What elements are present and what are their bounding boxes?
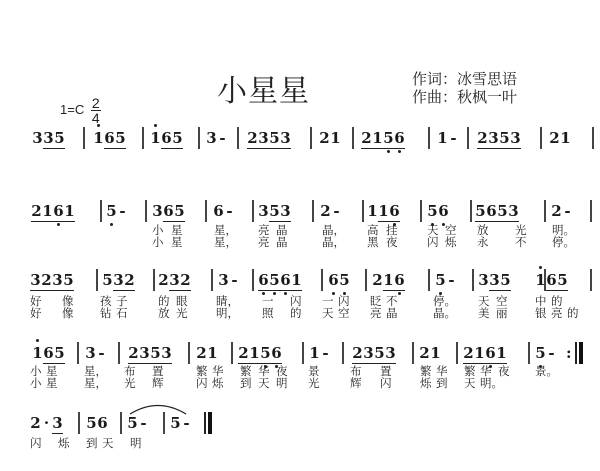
note: 3 bbox=[478, 270, 489, 290]
measure: 2156 bbox=[361, 128, 405, 148]
bar-line bbox=[237, 127, 239, 149]
final-bar-thin bbox=[204, 412, 206, 434]
beam-group: 61 bbox=[485, 343, 507, 363]
note: 6 bbox=[280, 270, 291, 290]
beam-group: 32 bbox=[113, 270, 135, 290]
note: 2 bbox=[30, 413, 41, 433]
note: 6 bbox=[213, 201, 224, 221]
note: 6 bbox=[394, 270, 405, 290]
measure: 1- bbox=[437, 128, 459, 148]
measure: 2353 bbox=[128, 343, 172, 363]
measure: 3235 bbox=[30, 270, 74, 290]
note: 6 bbox=[328, 270, 339, 290]
bar-line bbox=[120, 412, 122, 434]
measure: 2161 bbox=[463, 343, 507, 363]
beam-group: 35 bbox=[489, 270, 511, 290]
beam-group: 3 bbox=[52, 413, 63, 433]
note: 5 bbox=[374, 343, 385, 363]
lyric-char: 闪 bbox=[196, 377, 208, 389]
bar-line bbox=[472, 269, 474, 291]
note: 2 bbox=[361, 128, 372, 148]
bar-line bbox=[544, 269, 546, 291]
lyric-char: 星 bbox=[171, 236, 183, 248]
notation-row: 21615-3656-3532-1165656532- bbox=[0, 201, 600, 225]
bar-line bbox=[467, 127, 469, 149]
bar-line bbox=[310, 127, 312, 149]
note: 2 bbox=[128, 343, 139, 363]
beam-group: 16 bbox=[383, 270, 405, 290]
note: 6 bbox=[438, 201, 449, 221]
beam-group: 56 bbox=[383, 128, 405, 148]
measure: 5- bbox=[127, 413, 149, 433]
dash: - bbox=[546, 343, 557, 363]
beam-group: 23 bbox=[128, 343, 150, 363]
note: 3 bbox=[280, 128, 291, 148]
lyric-char: 银 bbox=[535, 307, 547, 319]
lyric-char: 永 bbox=[477, 236, 489, 248]
lyric-char: 烁 bbox=[212, 377, 224, 389]
measure: 5- bbox=[170, 413, 192, 433]
bar-line bbox=[592, 127, 594, 149]
note: 1 bbox=[330, 128, 341, 148]
dash: - bbox=[320, 343, 331, 363]
measure: 2161 bbox=[31, 201, 75, 221]
lyric-char: 的 bbox=[567, 307, 579, 319]
lyric-char: 晶。 bbox=[433, 307, 456, 319]
note: 6 bbox=[163, 201, 174, 221]
bar-line bbox=[77, 342, 79, 364]
bar-line bbox=[78, 412, 80, 434]
note: 6 bbox=[104, 128, 115, 148]
lyric-char: 天 bbox=[464, 377, 476, 389]
lyric-char: 光 bbox=[124, 377, 136, 389]
lyric-char: 照 bbox=[262, 307, 274, 319]
note: 3 bbox=[489, 270, 500, 290]
lyric-char: 空 bbox=[338, 307, 350, 319]
note: 5 bbox=[260, 343, 271, 363]
beam-group: 61 bbox=[280, 270, 302, 290]
bar-line bbox=[83, 127, 85, 149]
composer: 作曲：秋枫一叶 bbox=[412, 88, 517, 106]
bar-line bbox=[590, 200, 592, 222]
song-title: 小星星 bbox=[217, 66, 310, 110]
notation-row: 32355322323-6561652165-335165 bbox=[0, 270, 600, 294]
lyric-char: 光 bbox=[176, 307, 188, 319]
note: 6 bbox=[485, 343, 496, 363]
note: 1 bbox=[309, 343, 320, 363]
note: 6 bbox=[394, 128, 405, 148]
measure: 21 bbox=[319, 128, 341, 148]
lyric-char: 夜 bbox=[386, 236, 398, 248]
note: 3 bbox=[43, 128, 54, 148]
lyric-char: 晶 bbox=[276, 236, 288, 248]
beam-group: 61 bbox=[53, 201, 75, 221]
measure: 5- bbox=[435, 270, 457, 290]
note: 1 bbox=[430, 343, 441, 363]
note: 6 bbox=[53, 201, 64, 221]
bar-line bbox=[188, 342, 190, 364]
lyric-char: 小 bbox=[152, 236, 164, 248]
note: 1 bbox=[372, 128, 383, 148]
notation-row: 3351651653-23532121561-235321 bbox=[0, 128, 600, 152]
note: 5 bbox=[269, 201, 280, 221]
measure: 5653 bbox=[475, 201, 519, 221]
notation-row: 2·3565-5- bbox=[0, 413, 600, 437]
note: 3 bbox=[258, 201, 269, 221]
note: 2 bbox=[319, 128, 330, 148]
dash: - bbox=[217, 128, 228, 148]
beam-group: 53 bbox=[374, 343, 396, 363]
note: 5 bbox=[86, 413, 97, 433]
note: 2 bbox=[238, 343, 249, 363]
note: 5 bbox=[269, 270, 280, 290]
measure: 2- bbox=[551, 201, 573, 221]
beam-group: 53 bbox=[497, 201, 519, 221]
beam-group: 65 bbox=[163, 201, 185, 221]
note: 5 bbox=[497, 201, 508, 221]
note: 2 bbox=[551, 201, 562, 221]
lyric-char: 晶， bbox=[322, 236, 345, 248]
bar-line bbox=[428, 269, 430, 291]
measure: 335 bbox=[478, 270, 511, 290]
measure: 2353 bbox=[352, 343, 396, 363]
note: 1 bbox=[474, 343, 485, 363]
note: 3 bbox=[161, 343, 172, 363]
note: 3 bbox=[488, 128, 499, 148]
note: 2 bbox=[320, 201, 331, 221]
beam-group: 35 bbox=[43, 128, 65, 148]
note: 5 bbox=[557, 270, 568, 290]
note: 3 bbox=[385, 343, 396, 363]
lyric-char: 闪 bbox=[427, 236, 439, 248]
note: 2 bbox=[352, 343, 363, 363]
beam-group: 23 bbox=[352, 343, 374, 363]
note: 3 bbox=[508, 201, 519, 221]
note: 5 bbox=[115, 128, 126, 148]
note: 1 bbox=[207, 343, 218, 363]
note: 1 bbox=[93, 128, 104, 148]
note: 5 bbox=[427, 201, 438, 221]
beam-group: 23 bbox=[247, 128, 269, 148]
note: 3 bbox=[510, 128, 521, 148]
note: 6 bbox=[389, 201, 400, 221]
lyric-char: 星， bbox=[214, 236, 237, 248]
bar-line bbox=[231, 342, 233, 364]
lyric-char: 美 bbox=[478, 307, 490, 319]
note: 1 bbox=[64, 201, 75, 221]
bar-line bbox=[342, 342, 344, 364]
time-signature: 2 4 bbox=[91, 96, 101, 125]
measure: 365 bbox=[152, 201, 185, 221]
lyric-char: 明 bbox=[276, 377, 288, 389]
note: 6 bbox=[258, 270, 269, 290]
key-signature: 1=C 2 4 bbox=[60, 96, 101, 125]
note: 2 bbox=[124, 270, 135, 290]
note: 5 bbox=[475, 201, 486, 221]
lyric-char: 小 bbox=[30, 377, 42, 389]
bar-line bbox=[163, 412, 165, 434]
bar-line bbox=[153, 269, 155, 291]
lyric-char: 光 bbox=[308, 377, 320, 389]
lyric-char: 天 bbox=[322, 307, 334, 319]
beam-group: 23 bbox=[477, 128, 499, 148]
bar-line bbox=[456, 342, 458, 364]
lyric-char: 像 bbox=[62, 307, 74, 319]
bar-line bbox=[412, 342, 414, 364]
lyric-char: 明 bbox=[130, 437, 142, 449]
measure: 3- bbox=[85, 343, 107, 363]
measure: 3- bbox=[206, 128, 228, 148]
tie-arc bbox=[128, 401, 188, 415]
note: 5 bbox=[106, 201, 117, 221]
lyric-char: 闪 bbox=[380, 377, 392, 389]
note: 5 bbox=[54, 343, 65, 363]
lyric-char: 亮 bbox=[370, 307, 382, 319]
note: 6 bbox=[43, 343, 54, 363]
lyric-char: 烁 bbox=[58, 437, 70, 449]
beam-group: 53 bbox=[269, 128, 291, 148]
lyric-char: 星 bbox=[46, 377, 58, 389]
lyric-char: 闪 bbox=[30, 437, 42, 449]
note: 5 bbox=[339, 270, 350, 290]
dash: - bbox=[562, 201, 573, 221]
note: 5 bbox=[150, 343, 161, 363]
beam-group: 65 bbox=[104, 128, 126, 148]
lyric-char: 晶 bbox=[386, 307, 398, 319]
beam-group: 65 bbox=[258, 270, 280, 290]
bar-line bbox=[252, 200, 254, 222]
measure: 5- bbox=[106, 201, 128, 221]
repeat-bar-thin bbox=[575, 342, 577, 364]
measure: 56 bbox=[427, 201, 449, 221]
note: 1 bbox=[291, 270, 302, 290]
note: 5 bbox=[435, 270, 446, 290]
lyric-char: 到 bbox=[436, 377, 448, 389]
note: 3 bbox=[52, 413, 63, 433]
bar-line bbox=[100, 200, 102, 222]
beam-group: 21 bbox=[361, 128, 383, 148]
measure: 6561 bbox=[258, 270, 302, 290]
measure: 21 bbox=[196, 343, 218, 363]
beam-group: 21 bbox=[238, 343, 260, 363]
lyric-char: 辉 bbox=[350, 377, 362, 389]
beam-group: 21 bbox=[31, 201, 53, 221]
beam-group: 65 bbox=[546, 270, 568, 290]
beam-group: 56 bbox=[475, 201, 497, 221]
lyric-char: 丽 bbox=[496, 307, 508, 319]
note: 3 bbox=[363, 343, 374, 363]
beam-group: 65 bbox=[43, 343, 65, 363]
bar-line bbox=[142, 127, 144, 149]
lyric-char: 明， bbox=[216, 307, 239, 319]
bar-line bbox=[590, 269, 592, 291]
note: 1 bbox=[378, 201, 389, 221]
note: 3 bbox=[152, 201, 163, 221]
bar-line bbox=[544, 200, 546, 222]
note: · bbox=[41, 413, 52, 433]
note: 3 bbox=[113, 270, 124, 290]
note: 2 bbox=[372, 270, 383, 290]
bar-line bbox=[540, 127, 542, 149]
dash: - bbox=[138, 413, 149, 433]
note: 3 bbox=[169, 270, 180, 290]
note: 3 bbox=[32, 128, 43, 148]
beam-group: 32 bbox=[169, 270, 191, 290]
lyric-char: 到 bbox=[240, 377, 252, 389]
note: 1 bbox=[42, 201, 53, 221]
note: 6 bbox=[97, 413, 108, 433]
measure: 165 bbox=[535, 270, 568, 290]
note: 1 bbox=[32, 343, 43, 363]
beam-group: 53 bbox=[150, 343, 172, 363]
note: 5 bbox=[172, 128, 183, 148]
bar-line bbox=[365, 269, 367, 291]
bar-line bbox=[302, 342, 304, 364]
note: 5 bbox=[500, 270, 511, 290]
repeat-bar-thick bbox=[579, 342, 583, 364]
note: 1 bbox=[150, 128, 161, 148]
note: 5 bbox=[63, 270, 74, 290]
measure: 21 bbox=[419, 343, 441, 363]
bar-line bbox=[362, 200, 364, 222]
lyric-char: 景。 bbox=[535, 365, 558, 377]
note: 1 bbox=[437, 128, 448, 148]
measure: 2353 bbox=[247, 128, 291, 148]
lyric-char: 不 bbox=[515, 236, 527, 248]
lyric-char: 烁 bbox=[420, 377, 432, 389]
note: 1 bbox=[249, 343, 260, 363]
note: 2 bbox=[41, 270, 52, 290]
credits: 作词：冰雪思语 作曲：秋枫一叶 bbox=[412, 70, 517, 106]
bar-line bbox=[118, 342, 120, 364]
lyric-char: 星， bbox=[84, 377, 107, 389]
dash: - bbox=[224, 201, 235, 221]
bar-line bbox=[252, 269, 254, 291]
note: 5 bbox=[170, 413, 181, 433]
note: 2 bbox=[158, 270, 169, 290]
lyric-char: 辉 bbox=[152, 377, 164, 389]
dash: - bbox=[229, 270, 240, 290]
measure: 6- bbox=[213, 201, 235, 221]
measure: 165 bbox=[93, 128, 126, 148]
lyric-char: 的 bbox=[290, 307, 302, 319]
measure: 5- bbox=[535, 343, 557, 363]
bar-line bbox=[528, 342, 530, 364]
bar-line bbox=[312, 200, 314, 222]
note: 3 bbox=[139, 343, 150, 363]
note: 2 bbox=[31, 201, 42, 221]
note: 2 bbox=[247, 128, 258, 148]
bar-line bbox=[352, 127, 354, 149]
note: 5 bbox=[535, 343, 546, 363]
lyric-char: 到 bbox=[86, 437, 98, 449]
lyric-char: 天 bbox=[258, 377, 270, 389]
dash: - bbox=[117, 201, 128, 221]
dash: - bbox=[181, 413, 192, 433]
note: 5 bbox=[102, 270, 113, 290]
note: 1 bbox=[496, 343, 507, 363]
dash: - bbox=[331, 201, 342, 221]
lyric-char: 烁 bbox=[445, 236, 457, 248]
lyric-char: 天 bbox=[102, 437, 114, 449]
note: 3 bbox=[218, 270, 229, 290]
lyric-char: 停。 bbox=[552, 236, 575, 248]
lyric-char: 放 bbox=[158, 307, 170, 319]
bar-line bbox=[420, 200, 422, 222]
bar-line bbox=[96, 269, 98, 291]
lyricist: 作词：冰雪思语 bbox=[412, 70, 517, 88]
bar-line bbox=[145, 200, 147, 222]
repeat-dots: : bbox=[566, 346, 572, 360]
measure: 116 bbox=[367, 201, 400, 221]
measure: 165 bbox=[150, 128, 183, 148]
measure: 232 bbox=[158, 270, 191, 290]
lyric-char: 钻 bbox=[100, 307, 112, 319]
bar-line bbox=[211, 269, 213, 291]
note: 6 bbox=[161, 128, 172, 148]
note: 3 bbox=[30, 270, 41, 290]
lyric-char: 石 bbox=[116, 307, 128, 319]
beam-group: 53 bbox=[269, 201, 291, 221]
note: 1 bbox=[383, 270, 394, 290]
measure: 2156 bbox=[238, 343, 282, 363]
note: 6 bbox=[271, 343, 282, 363]
bar-line bbox=[321, 269, 323, 291]
bar-line bbox=[470, 200, 472, 222]
bar-line bbox=[428, 127, 430, 149]
note: 2 bbox=[549, 128, 560, 148]
measure: 65 bbox=[328, 270, 350, 290]
measure: 3- bbox=[218, 270, 240, 290]
beam-group: 56 bbox=[260, 343, 282, 363]
note: 5 bbox=[383, 128, 394, 148]
note: 2 bbox=[463, 343, 474, 363]
note: 2 bbox=[477, 128, 488, 148]
note: 2 bbox=[180, 270, 191, 290]
beam-group: 32 bbox=[30, 270, 52, 290]
measure: 21 bbox=[549, 128, 571, 148]
dash: - bbox=[96, 343, 107, 363]
note: 2 bbox=[196, 343, 207, 363]
lyric-char: 好 bbox=[30, 307, 42, 319]
dash: - bbox=[446, 270, 457, 290]
note: 2 bbox=[419, 343, 430, 363]
note: 5 bbox=[174, 201, 185, 221]
measure: 216 bbox=[372, 270, 405, 290]
lyric-char: 亮 bbox=[258, 236, 270, 248]
note: 5 bbox=[127, 413, 138, 433]
dash: - bbox=[448, 128, 459, 148]
bar-line bbox=[205, 200, 207, 222]
lyric-char: 明。 bbox=[480, 377, 503, 389]
measure: 335 bbox=[32, 128, 65, 148]
measure: 1- bbox=[309, 343, 331, 363]
measure: 2- bbox=[320, 201, 342, 221]
measure: 353 bbox=[258, 201, 291, 221]
note: 6 bbox=[546, 270, 557, 290]
beam-group: 65 bbox=[161, 128, 183, 148]
note: 1 bbox=[560, 128, 571, 148]
measure: 165 bbox=[32, 343, 65, 363]
note: 6 bbox=[486, 201, 497, 221]
note: 3 bbox=[85, 343, 96, 363]
lyric-char: 黑 bbox=[367, 236, 379, 248]
lyric-char: 亮 bbox=[551, 307, 563, 319]
beam-group: 53 bbox=[499, 128, 521, 148]
note: 3 bbox=[206, 128, 217, 148]
final-bar-thick bbox=[208, 412, 212, 434]
bar-line bbox=[198, 127, 200, 149]
